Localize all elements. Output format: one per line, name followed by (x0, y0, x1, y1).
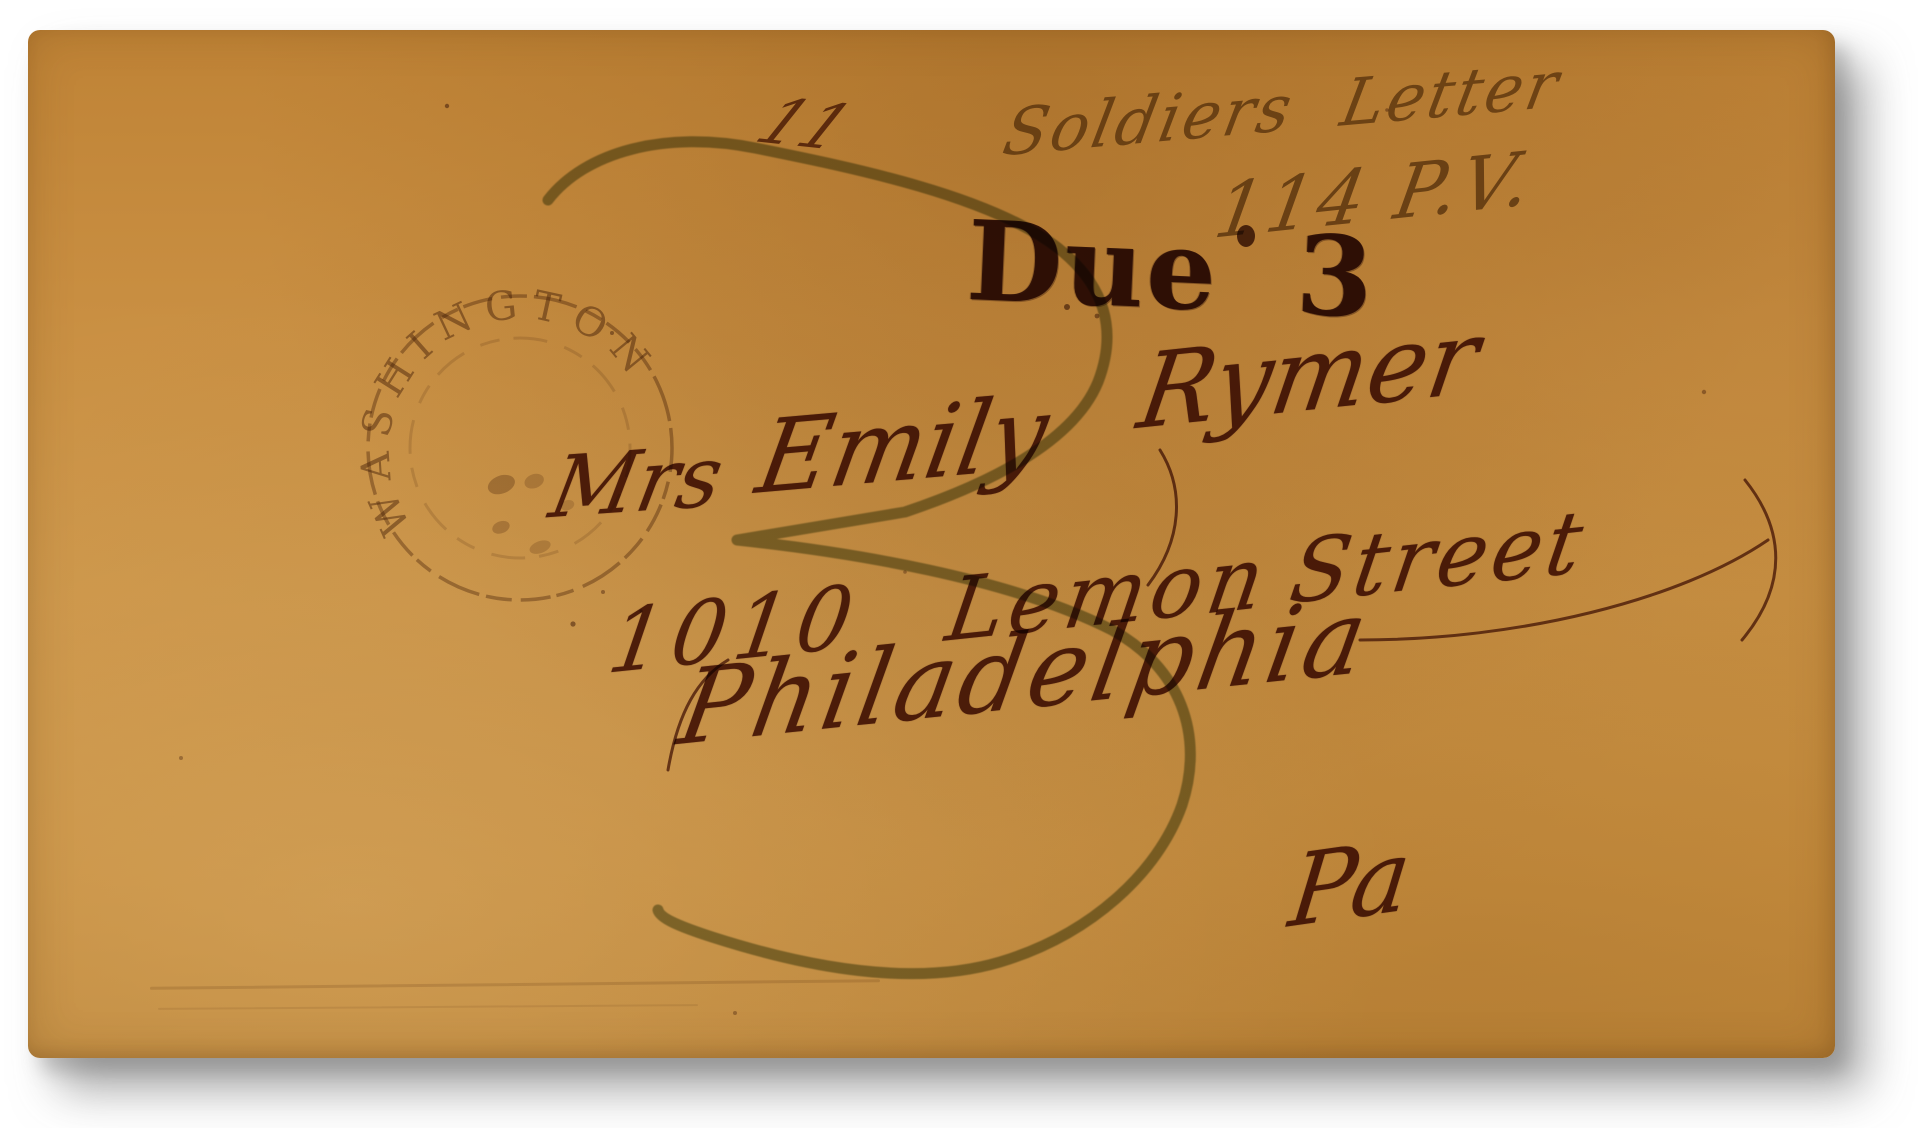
address-title: Mrs (543, 426, 731, 537)
state-abbreviation: Pa (1284, 817, 1417, 951)
photo-scene: WASHINGTON Mrs Emily Rymer 1010 Lemon St… (0, 0, 1918, 1128)
